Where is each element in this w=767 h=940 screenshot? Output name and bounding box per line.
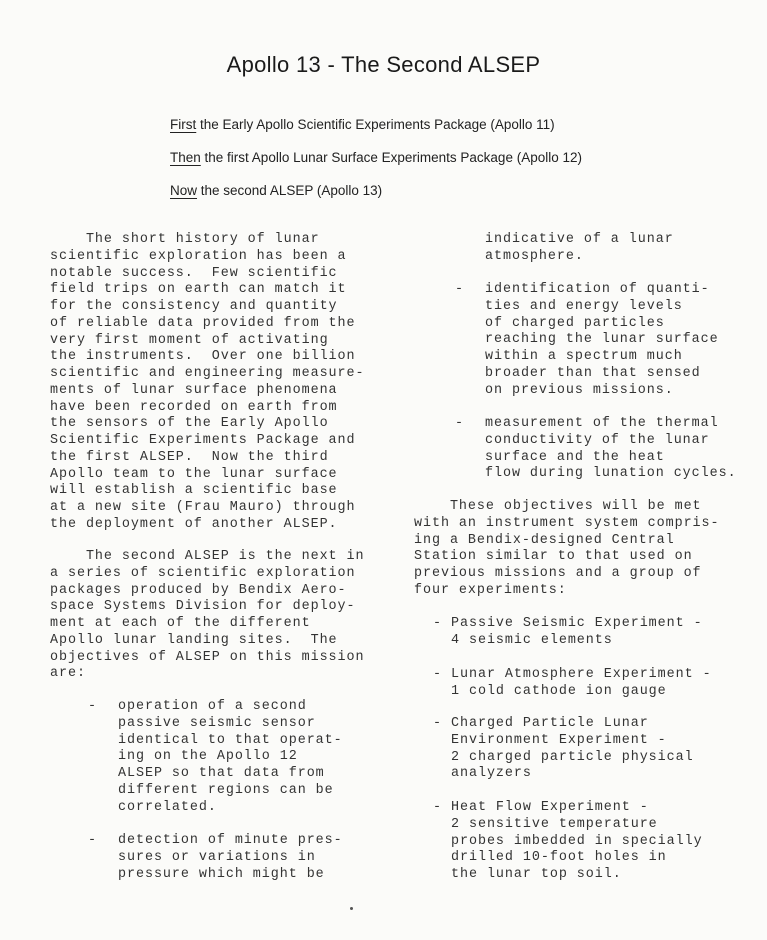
experiment-item: Passive Seismic Experiment - 4 seismic e…	[451, 616, 703, 650]
intro-text: the first Apollo Lunar Surface Experimen…	[201, 150, 582, 165]
page-title: Apollo 13 - The Second ALSEP	[0, 52, 767, 78]
objective-continuation: indicative of a lunar atmosphere.	[485, 232, 674, 266]
bullet-dash: -	[88, 833, 96, 848]
bullet-dash: -	[433, 716, 441, 731]
bullet-dash: -	[433, 667, 441, 682]
experiment-item: Charged Particle Lunar Environment Exper…	[451, 716, 694, 783]
left-paragraph-2: The second ALSEP is the next in a series…	[50, 549, 365, 683]
left-paragraph-1: The short history of lunar scientific ex…	[50, 232, 365, 534]
bullet-dash: -	[88, 699, 96, 714]
bullet-dash: -	[433, 800, 441, 815]
right-paragraph: These objectives will be met with an ins…	[414, 499, 720, 600]
bullet-dash: -	[455, 282, 463, 297]
bullet-dash: -	[433, 616, 441, 631]
scan-speck	[350, 907, 353, 910]
intro-line-then: Then the first Apollo Lunar Surface Expe…	[170, 150, 582, 165]
objective-item: operation of a second passive seismic se…	[118, 699, 343, 816]
intro-text: the Early Apollo Scientific Experiments …	[196, 117, 554, 132]
objective-item: detection of minute pres- sures or varia…	[118, 833, 343, 883]
intro-line-first: First the Early Apollo Scientific Experi…	[170, 117, 555, 132]
experiment-item: Lunar Atmosphere Experiment - 1 cold cat…	[451, 667, 712, 701]
experiment-item: Heat Flow Experiment - 2 sensitive tempe…	[451, 800, 703, 884]
intro-keyword: First	[170, 117, 196, 132]
intro-keyword: Now	[170, 183, 197, 198]
intro-line-now: Now the second ALSEP (Apollo 13)	[170, 183, 382, 198]
intro-keyword: Then	[170, 150, 201, 165]
intro-text: the second ALSEP (Apollo 13)	[197, 183, 382, 198]
bullet-dash: -	[455, 416, 463, 431]
objective-item: identification of quanti- ties and energ…	[485, 282, 719, 399]
objective-item: measurement of the thermal conductivity …	[485, 416, 737, 483]
